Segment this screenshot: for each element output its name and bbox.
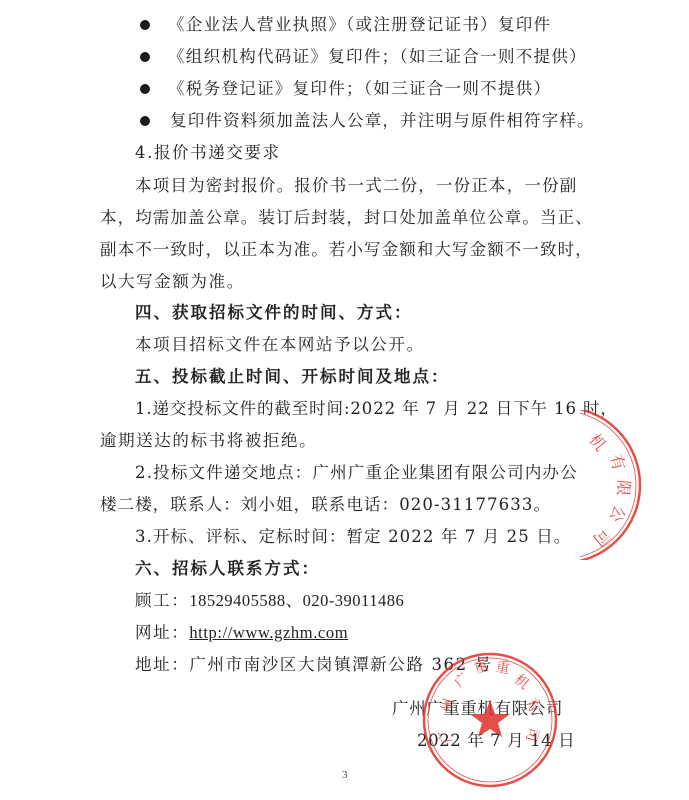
paragraph-line: 本项目为密封报价。报价书一式二份，一份正本，一份副	[135, 176, 578, 196]
svg-text:机: 机	[585, 430, 610, 454]
paragraph-line: 以大写金额为准。	[100, 272, 245, 292]
bullet-dot-icon	[140, 84, 150, 94]
address-value: 广州市南沙区大岗镇潭新公路 362 号	[189, 655, 492, 674]
bullet-text: 复印件资料须加盖法人公章，并注明与原件相符字样。	[170, 111, 595, 131]
paragraph-line: 副本不一致时，以正本为准。若小写金额和大写金额不一致时，	[100, 240, 593, 260]
bullet-text: 《税务登记证》复印件；（如三证合一则不提供）	[168, 79, 551, 99]
bullet-dot-icon	[140, 20, 150, 30]
paragraph-line: 2.投标文件递交地点：广州广重企业集团有限公司内办公	[135, 463, 578, 483]
svg-text:重: 重	[494, 659, 511, 678]
paragraph-line: 3.开标、评标、定标时间：暂定 2022 年 7 月 25 日。	[135, 527, 571, 547]
website-line: 网址：http://www.gzhm.com	[135, 623, 348, 643]
document-page: 《企业法人营业执照》（或注册登记证书）复印件 《组织机构代码证》复印件；（如三证…	[0, 0, 689, 800]
page-number: 3	[342, 769, 348, 781]
contact-line: 顾工：18529405588、020-39011486	[135, 591, 404, 611]
contact-phone: 18529405588、020-39011486	[189, 591, 404, 610]
paragraph-line: 1.递交投标文件的截至时间:2022 年 7 月 22 日下午 16 时，	[135, 399, 618, 419]
address-line: 地址：广州市南沙区大岗镇潭新公路 362 号	[135, 655, 493, 675]
section-heading: 六、招标人联系方式：	[135, 559, 320, 579]
bullet-text: 《企业法人营业执照》（或注册登记证书）复印件	[168, 15, 551, 35]
svg-text:公: 公	[606, 503, 630, 526]
bullet-dot-icon	[140, 52, 150, 62]
section-heading: 五、投标截止时间、开标时间及地点：	[135, 367, 450, 387]
svg-text:有: 有	[606, 452, 628, 472]
svg-text:司: 司	[589, 525, 613, 550]
signature-date: 2022 年 7 月 14 日	[417, 731, 575, 751]
company-seal-partial-icon: 机 有 限 公 司	[580, 410, 660, 560]
section-heading: 四、获取招标文件的时间、方式：	[135, 303, 413, 323]
contact-label: 顾工：	[135, 591, 189, 610]
svg-text:机: 机	[511, 671, 533, 693]
bullet-dot-icon	[140, 116, 150, 126]
paragraph-line: 本，均需加盖公章。装订后封装，封口处加盖单位公章。当正、	[100, 208, 593, 228]
paragraph-line: 楼二楼，联系人：刘小姐，联系电话：020-31177633。	[100, 495, 551, 515]
website-link[interactable]: http://www.gzhm.com	[189, 623, 348, 642]
subsection-heading: 4.报价书递交要求	[135, 143, 281, 163]
bullet-text: 《组织机构代码证》复印件；（如三证合一则不提供）	[168, 47, 587, 67]
paragraph-line: 本项目招标文件在本网站予以公开。	[135, 335, 425, 355]
paragraph-line: 逾期送达的标书将被拒绝。	[100, 431, 317, 451]
svg-text:限: 限	[613, 479, 633, 497]
website-label: 网址：	[135, 623, 189, 642]
address-label: 地址：	[135, 655, 189, 674]
signature-company: 广州广重重机有限公司	[392, 699, 563, 719]
